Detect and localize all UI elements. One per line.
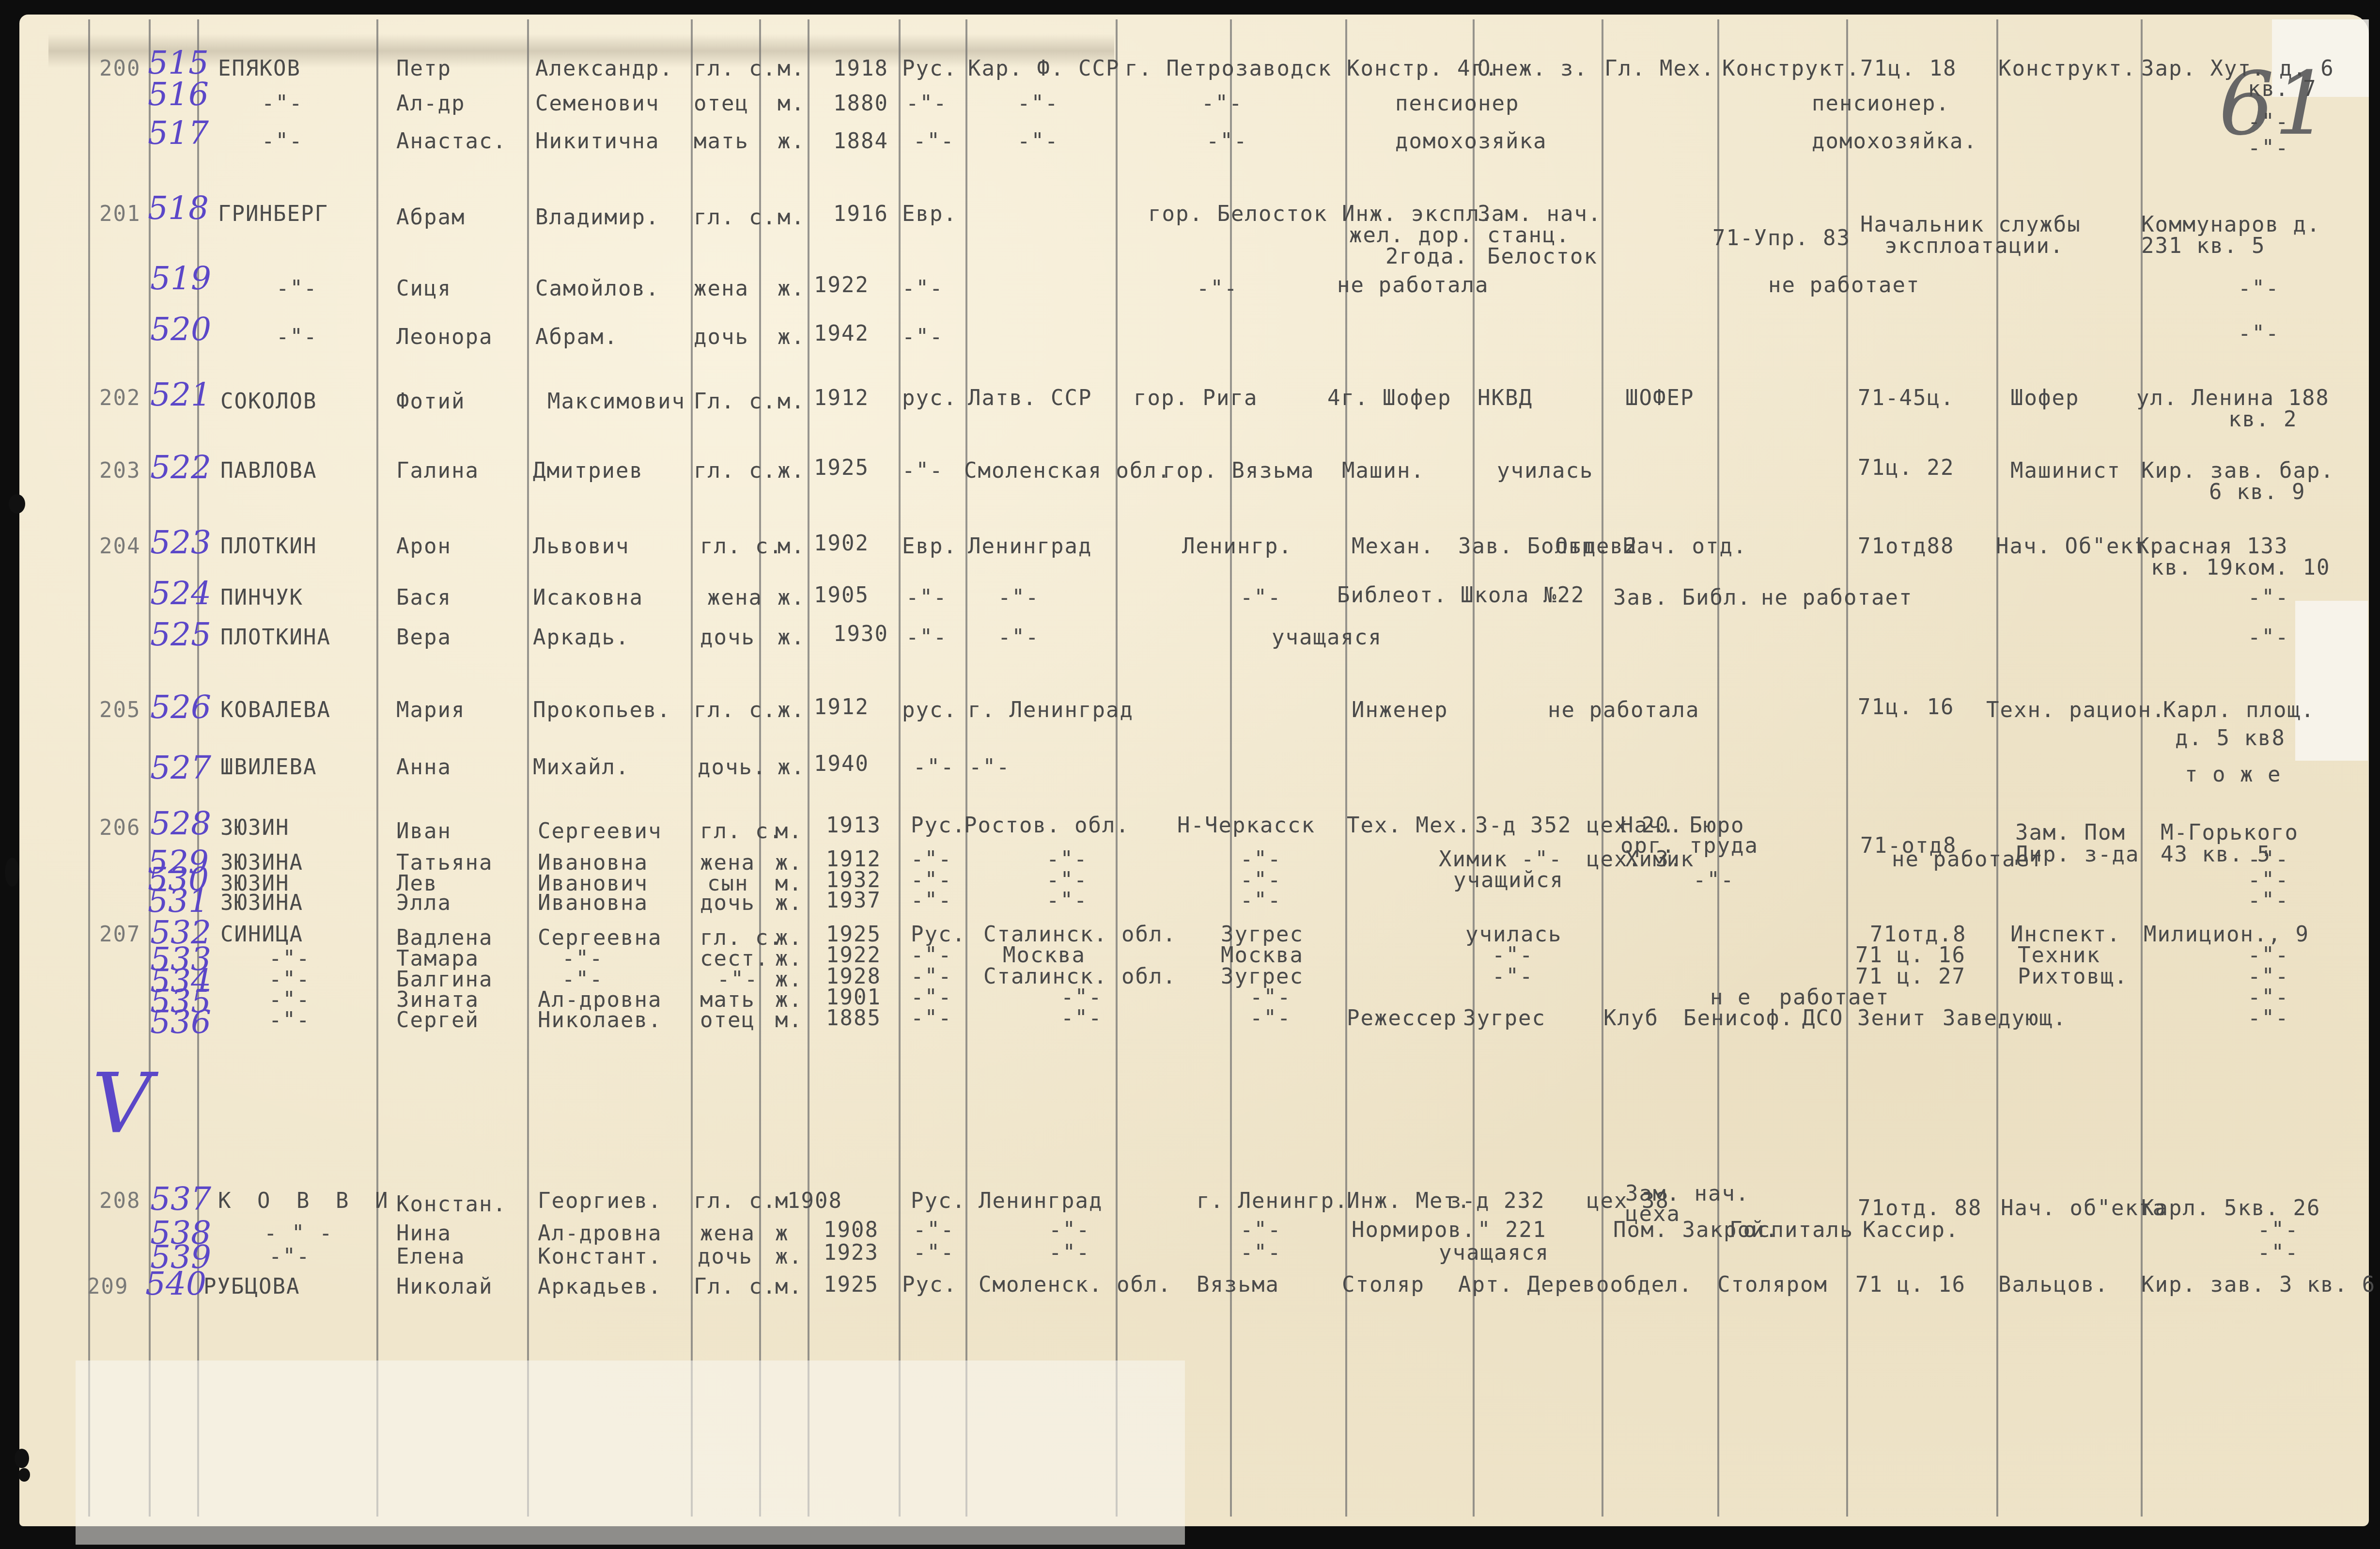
- patronymic: Исаковна: [533, 586, 643, 610]
- birth-city: -"-: [1240, 1219, 1281, 1242]
- former-position: Бенисоф.: [1683, 1007, 1794, 1030]
- nationality: -"-: [911, 889, 952, 912]
- birth-city: -"-: [1197, 277, 1238, 300]
- surname: СОКОЛОВ: [220, 390, 317, 413]
- surname: ПИНЧУК: [220, 586, 303, 610]
- address: Карл. 5кв. 26: [2141, 1197, 2320, 1220]
- new-position: Рихтовщ.: [2018, 965, 2128, 988]
- sex: м.: [778, 390, 805, 413]
- birth-year: 1884: [833, 130, 888, 153]
- surname: -"-: [269, 1245, 310, 1268]
- sex: ж.: [778, 130, 805, 153]
- address-line2: кв. 7: [2248, 78, 2317, 101]
- birth-region: -"-: [1061, 1007, 1102, 1030]
- former-workplace: з-д 232: [1448, 1189, 1545, 1213]
- new-position: Начальник службы: [1860, 213, 2081, 236]
- birth-city: гор. Рига: [1134, 387, 1258, 410]
- surname: СИНИЦА: [220, 923, 303, 946]
- surname: РУБЦОВА: [203, 1275, 300, 1299]
- sex: ж.: [778, 756, 805, 779]
- status-new: не работает: [1768, 274, 1920, 297]
- nationality: -"-: [902, 277, 943, 300]
- birth-year: 1885: [826, 1007, 881, 1030]
- sex: м.: [775, 1009, 803, 1032]
- new-workplace: 71ц. 16: [1858, 696, 1954, 719]
- sex: м.: [778, 535, 805, 558]
- relation: отец: [694, 92, 749, 115]
- patronymic: Самойлов.: [535, 277, 659, 300]
- birth-region: -"-: [1049, 1219, 1090, 1242]
- nationality: рус.: [902, 387, 957, 410]
- patronymic: Александр.: [535, 57, 673, 80]
- surname: -"-: [262, 92, 303, 115]
- birth-year: 1930: [833, 623, 888, 646]
- patronymic: Георгиев.: [538, 1189, 662, 1213]
- entry-number: 203: [99, 459, 140, 483]
- relation: гл. с.: [700, 535, 783, 558]
- sex: ж.: [775, 1245, 803, 1268]
- birth-city: гор. Белосток: [1148, 203, 1327, 226]
- patronymic: Михайл.: [533, 756, 629, 779]
- birth-city: -"-: [1240, 889, 1281, 912]
- sex: ж.: [778, 459, 805, 483]
- card-number: 520: [150, 313, 211, 346]
- nationality: рус.: [902, 699, 957, 722]
- birth-region: Ленинград: [968, 535, 1092, 558]
- address: -"-: [2257, 1219, 2299, 1242]
- column-rule: [691, 19, 693, 1517]
- birth-year: 1916: [833, 203, 888, 226]
- relation: Гл. с.: [694, 390, 777, 413]
- former-workplace: З-д 352: [1475, 814, 1571, 837]
- checkmark-annotation: V: [92, 1056, 152, 1152]
- new-workplace: 71ц. 22: [1858, 456, 1954, 480]
- status-new: не работает: [1761, 586, 1913, 610]
- relation: отец: [700, 1009, 755, 1032]
- surname: ПЛОТКИН: [220, 535, 317, 558]
- paper-repair-patch: [2295, 601, 2368, 761]
- birth-region: -"-: [1049, 1241, 1090, 1265]
- first-name: Сергей: [396, 1009, 479, 1032]
- birth-year: 1922: [814, 274, 869, 297]
- patronymic: Аркадьев.: [538, 1275, 662, 1299]
- new-workplace: -"-: [1693, 869, 1734, 892]
- card-number: 528: [150, 807, 211, 841]
- first-name: Фотий: [396, 390, 465, 413]
- surname: -"-: [276, 326, 317, 349]
- status-new: не работает: [1892, 848, 2043, 871]
- nationality: Рус.: [902, 57, 957, 80]
- relation: жена: [707, 586, 762, 610]
- profession: Тех. Мех.: [1347, 814, 1471, 837]
- status: учащийся: [1453, 869, 1564, 892]
- status: училась: [1497, 459, 1593, 483]
- relation: дочь: [694, 326, 749, 349]
- card-number: 524: [150, 577, 211, 610]
- first-name: Сиця: [396, 277, 451, 300]
- address: -"-: [2248, 944, 2289, 967]
- new-workplace: 71отд. 88: [1858, 1197, 1982, 1220]
- birth-region: -"-: [969, 756, 1010, 779]
- patronymic: Дмитриев: [533, 459, 643, 483]
- status-new: домохозяйка.: [1812, 130, 1977, 153]
- entry-number: 204: [99, 535, 140, 558]
- former-position: Нач. отд.: [1623, 535, 1747, 558]
- relation: гл. с.: [694, 57, 777, 80]
- nationality: -"-: [902, 326, 943, 349]
- first-name: Нина: [396, 1222, 451, 1245]
- patronymic: Владимир.: [535, 206, 659, 229]
- nationality: -"-: [906, 92, 947, 115]
- card-number: 536: [150, 1005, 211, 1039]
- former-department: Клуб: [1603, 1007, 1659, 1030]
- birth-year: 1912: [814, 387, 869, 410]
- birth-year: 1923: [824, 1241, 879, 1265]
- birth-region: Ленинград: [979, 1189, 1103, 1213]
- surname: ЗЮЗИН: [220, 816, 289, 840]
- profession: Инж. экспл.: [1342, 203, 1493, 226]
- sex: ж: [775, 1222, 789, 1245]
- address: Кир. зав. бар.: [2141, 459, 2334, 483]
- first-name: Галина: [396, 459, 479, 483]
- card-number: 516: [148, 78, 209, 111]
- card-number: 522: [150, 451, 211, 485]
- sex: ж.: [778, 277, 805, 300]
- new-workplace: ДСО Зенит: [1802, 1007, 1926, 1030]
- surname: -"-: [269, 1009, 310, 1032]
- address: -"-: [2248, 1007, 2289, 1030]
- address: -"-: [2248, 586, 2289, 610]
- surname: -"-: [262, 130, 303, 153]
- column-rule: [376, 19, 378, 1517]
- address: Красная 133: [2136, 535, 2288, 558]
- entry-number: 201: [99, 203, 140, 226]
- address: ул. Ленина 188: [2136, 387, 2330, 410]
- profession: Констр. 4г.: [1347, 57, 1498, 80]
- relation: гл. с.: [700, 820, 783, 843]
- first-name: Анастас.: [396, 130, 507, 153]
- birth-year: 1880: [833, 92, 888, 115]
- first-name: Николай: [396, 1275, 493, 1299]
- birth-city: Н-Черкасск: [1177, 814, 1315, 837]
- profession-line2: жел. дор.: [1349, 224, 1473, 247]
- patronymic: Абрам.: [535, 326, 618, 349]
- birth-region: Латв. ССР: [968, 387, 1092, 410]
- sex: ж.: [778, 626, 805, 649]
- patronymic: Ал-дровна: [538, 1222, 662, 1245]
- sex: ж.: [778, 326, 805, 349]
- status: пенсионер: [1395, 92, 1519, 115]
- former-workplace: Школа №22: [1461, 584, 1585, 607]
- address: Коммунаров д.: [2141, 213, 2320, 236]
- nationality: -"-: [913, 1219, 954, 1242]
- relation: дочь: [700, 626, 755, 649]
- sex: м.: [775, 820, 803, 843]
- former-position: Конструкт.: [1722, 57, 1860, 80]
- patronymic: Ивановна: [538, 892, 648, 915]
- first-name: Констан.: [396, 1193, 507, 1216]
- birth-region: -"-: [1017, 92, 1058, 115]
- relation: дочь: [698, 1245, 753, 1268]
- birth-region: Кар. Ф. ССР: [968, 57, 1120, 80]
- patronymic: Никитична: [535, 130, 659, 153]
- birth-region: Ростов. обл.: [964, 814, 1130, 837]
- address: -"-: [2238, 322, 2279, 345]
- birth-city: Вязьма: [1197, 1273, 1279, 1297]
- card-number: 526: [150, 690, 211, 724]
- first-name: Арон: [396, 535, 451, 558]
- surname: КОВАЛЕВА: [220, 699, 331, 722]
- birth-year: 1908: [787, 1189, 842, 1213]
- address: -"-: [2257, 1241, 2299, 1265]
- former-workplace: Онеж. з.: [1478, 57, 1588, 80]
- nationality: Евр.: [902, 535, 957, 558]
- column-rule: [965, 19, 967, 1517]
- address: -"-: [2248, 889, 2289, 912]
- birth-year: 1918: [833, 57, 888, 80]
- new-workplace: 71ц. 18: [1860, 57, 1957, 80]
- new-workplace: 71 ц. 16: [1855, 944, 1966, 967]
- profession: Столяр: [1342, 1273, 1425, 1297]
- birth-city: Ленингр.: [1182, 535, 1292, 558]
- profession: 4г. Шофер: [1327, 387, 1451, 410]
- entry-number: 208: [99, 1189, 140, 1213]
- first-name: Леонора: [396, 326, 493, 349]
- former-workplace-line3: Белосток: [1487, 245, 1598, 268]
- profession: Библеот.: [1337, 584, 1447, 607]
- relation: дочь.: [698, 756, 766, 779]
- entry-number: 207: [99, 923, 140, 946]
- patronymic: Семенович: [535, 92, 659, 115]
- birth-region: Смоленская обл.: [964, 459, 1171, 483]
- birth-city: -"-: [1240, 1241, 1281, 1265]
- birth-region: Смоленск. обл.: [979, 1273, 1172, 1297]
- birth-year: 1922: [826, 944, 881, 967]
- birth-region: -"-: [1017, 130, 1058, 153]
- new-workplace: 71-Упр. 83: [1712, 227, 1851, 250]
- birth-region: Москва: [1003, 944, 1086, 967]
- sex: ж.: [775, 892, 803, 915]
- address-line2: кв. 2: [2228, 408, 2297, 431]
- birth-city: Москва: [1221, 944, 1304, 967]
- nationality: -"-: [906, 626, 947, 649]
- patronymic: Сергеевич: [538, 820, 662, 843]
- profession: Нормиров.: [1352, 1219, 1476, 1242]
- birth-city: -"-: [1250, 1007, 1291, 1030]
- card-number: 540: [145, 1267, 206, 1301]
- card-number: 531: [148, 884, 209, 918]
- first-name: Вера: [396, 626, 451, 649]
- status: -"-: [1492, 965, 1533, 988]
- birth-city: -"-: [1201, 92, 1243, 115]
- former-workplace: " 221: [1478, 1219, 1546, 1242]
- birth-year: 1942: [814, 322, 869, 345]
- birth-year: 1905: [814, 584, 869, 607]
- address-line2: кв. 19ком. 10: [2151, 556, 2330, 579]
- status: учащаяся: [1439, 1241, 1549, 1265]
- birth-region: -"-: [998, 586, 1039, 610]
- address-line2: 231 кв. 5: [2141, 235, 2265, 258]
- former-workplace: Зам. нач.: [1478, 203, 1602, 226]
- address: -"-: [2248, 626, 2289, 649]
- relation: дочь: [700, 892, 755, 915]
- new-position: Машинист: [2010, 459, 2121, 483]
- entry-number: 205: [99, 699, 140, 722]
- punch-hole: [5, 858, 19, 887]
- relation: гл. с.: [694, 1189, 777, 1213]
- card-number: 523: [150, 526, 211, 560]
- address: Карл. площ.: [2163, 699, 2315, 722]
- former-position: Зав. Библ.: [1613, 586, 1751, 610]
- former-workplace: Арт. Деревообдел.: [1458, 1273, 1693, 1297]
- relation: гл. с.: [694, 459, 777, 483]
- patronymic: Львович: [533, 535, 629, 558]
- new-workplace: Госпиталь: [1729, 1219, 1853, 1242]
- nationality: -"-: [911, 1007, 952, 1030]
- nationality: Евр.: [902, 203, 957, 226]
- birth-city: г. Петрозаводск: [1125, 57, 1332, 80]
- address: Кир. зав. 3 кв. 6: [2141, 1273, 2376, 1297]
- entry-number: 200: [99, 57, 140, 80]
- address-line2: 6 кв. 9: [2209, 481, 2305, 504]
- nationality: -"-: [913, 130, 954, 153]
- profession: Механ.: [1352, 535, 1434, 558]
- sex: ж.: [778, 586, 805, 610]
- new-position: Зам. Пом: [2015, 821, 2126, 845]
- surname: К О В В И: [218, 1189, 394, 1213]
- former-position: ШОФЕР: [1625, 387, 1694, 410]
- punch-hole: [18, 1468, 30, 1482]
- sex: ж.: [778, 699, 805, 722]
- entry-number: 209: [87, 1275, 128, 1299]
- new-position: Техн. рацион.: [1986, 699, 2165, 722]
- first-name: Абрам: [396, 206, 465, 229]
- profession-line3: 2года.: [1385, 245, 1468, 268]
- birth-year: 1925: [814, 456, 869, 480]
- relation: гл. с.: [694, 206, 777, 229]
- relation: жена: [700, 1222, 755, 1245]
- nationality: Рус.: [911, 1189, 966, 1213]
- new-position: Вальцов.: [1998, 1273, 2109, 1297]
- address: -"-: [2248, 137, 2289, 160]
- punch-hole: [15, 1449, 29, 1468]
- former-department: Гл. Мех.: [1604, 57, 1715, 80]
- card-number: 537: [150, 1182, 211, 1216]
- patronymic: Прокопьев.: [533, 699, 671, 722]
- status-new: пенсионер.: [1812, 92, 1950, 115]
- new-workplace: 71-45ц.: [1858, 387, 1954, 410]
- surname: ЕПЯКОВ: [218, 57, 301, 80]
- new-position: Конструкт.: [1998, 57, 2136, 80]
- former-workplace-line2: станц.: [1487, 224, 1570, 247]
- punch-hole: [9, 494, 25, 514]
- birth-city: -"-: [1206, 130, 1247, 153]
- nationality: -"-: [902, 459, 943, 483]
- surname: ГРИНБЕРГ: [218, 203, 328, 226]
- former-position: Столяром: [1717, 1273, 1828, 1297]
- surname: - " -: [264, 1222, 333, 1245]
- birth-year: 1908: [824, 1219, 879, 1242]
- column-rule: [527, 19, 529, 1517]
- birth-city: -"-: [1240, 586, 1281, 610]
- new-workplace: 71 ц. 16: [1855, 1273, 1966, 1297]
- nationality: Рус.: [902, 1273, 957, 1297]
- first-name: Петр: [396, 57, 451, 80]
- new-position: Кассир.: [1863, 1219, 1959, 1242]
- birth-city: гор. Вязьма: [1163, 459, 1314, 483]
- birth-year: 1940: [814, 752, 869, 776]
- birth-year: 1937: [826, 889, 881, 912]
- surname: ПЛОТКИНА: [220, 626, 331, 649]
- former-workplace: НКВД: [1478, 387, 1533, 410]
- card-number: 519: [150, 262, 211, 296]
- sex: м.: [778, 206, 805, 229]
- patronymic: Максимович: [547, 390, 685, 413]
- address: -"-: [2238, 277, 2279, 300]
- patronymic: Николаев.: [538, 1009, 662, 1032]
- profession: Режессер: [1347, 1007, 1457, 1030]
- address: М-Горького: [2161, 821, 2299, 845]
- surname: ШВИЛЕВА: [220, 756, 317, 779]
- nationality: -"-: [913, 1241, 954, 1265]
- birth-region: -"-: [998, 626, 1039, 649]
- status: -"-: [1492, 944, 1533, 967]
- new-position: Заведующ.: [1943, 1007, 2067, 1030]
- address: -"-: [2248, 110, 2289, 134]
- sex: м.: [778, 57, 805, 80]
- birth-year: 1902: [814, 532, 869, 555]
- surname: -"-: [276, 277, 317, 300]
- card-number: 515: [148, 46, 209, 80]
- nationality: -"-: [906, 586, 947, 610]
- card-number: 518: [148, 191, 209, 225]
- birth-region: -"-: [1046, 889, 1088, 912]
- first-name: Ал-др: [396, 92, 465, 115]
- birth-year: 1913: [826, 814, 881, 837]
- status: не работала: [1337, 274, 1489, 297]
- card-number: 521: [150, 378, 211, 412]
- nationality: -"-: [913, 756, 954, 779]
- column-rule: [808, 19, 809, 1517]
- entry-number: 206: [99, 816, 140, 840]
- column-rule: [899, 19, 901, 1517]
- birth-year: 1925: [824, 1273, 879, 1297]
- birth-year: 1912: [814, 696, 869, 719]
- status: не работала: [1548, 699, 1699, 722]
- sex: м.: [775, 1275, 803, 1299]
- status: домохозяйка: [1395, 130, 1547, 153]
- profession: Инженер: [1352, 699, 1448, 722]
- relation: жена: [694, 277, 749, 300]
- new-workplace: 71отд88: [1858, 535, 1954, 558]
- former-workplace: Зугрес: [1463, 1007, 1546, 1030]
- first-name: Элла: [396, 892, 451, 915]
- first-name: Бася: [396, 586, 451, 610]
- status: учащаяся: [1272, 626, 1382, 649]
- address-line2: д. 5 кв8: [2175, 727, 2286, 750]
- first-name: Мария: [396, 699, 465, 722]
- patronymic: Констант.: [538, 1245, 662, 1268]
- first-name: Анна: [396, 756, 451, 779]
- patronymic: Аркадь.: [533, 626, 629, 649]
- paper-repair-patch: [76, 1361, 1185, 1545]
- relation: гл. с.: [694, 699, 777, 722]
- relation: мать: [694, 130, 749, 153]
- birth-region: г. Ленинград: [968, 699, 1134, 722]
- card-number: 525: [150, 618, 211, 652]
- former-position: Химик: [1625, 848, 1694, 871]
- first-name: Иван: [396, 820, 451, 843]
